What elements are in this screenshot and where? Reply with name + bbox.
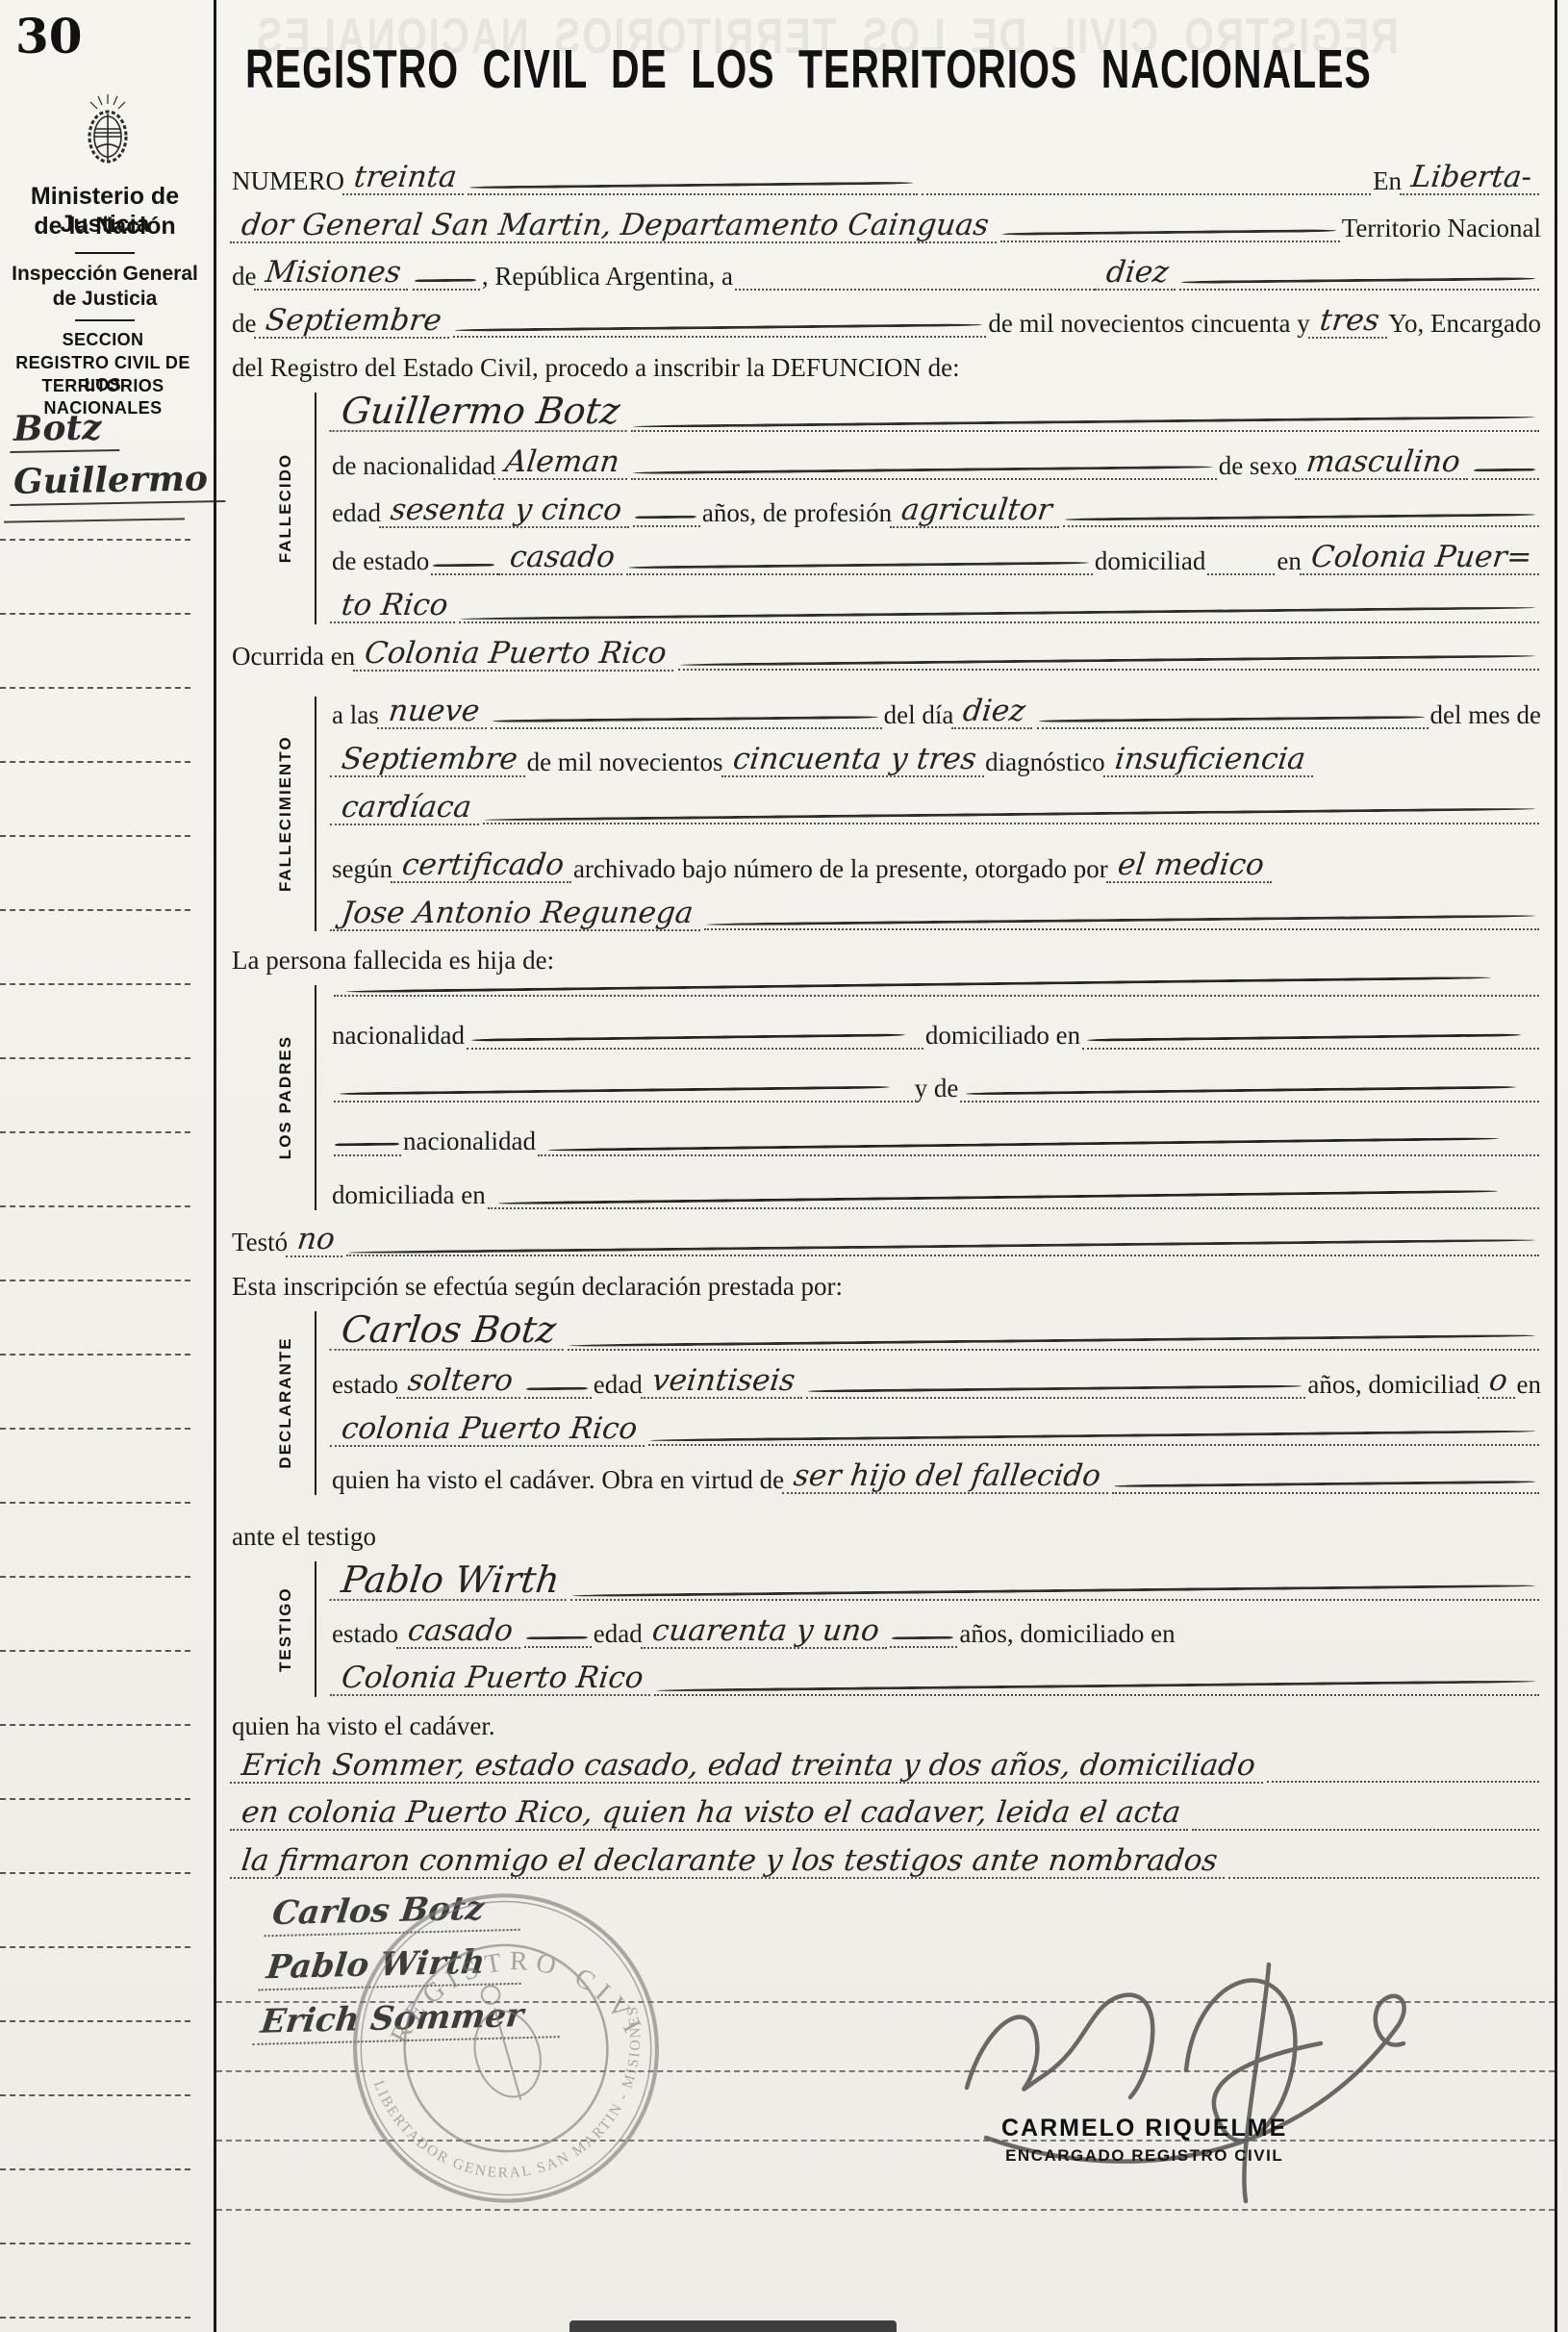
row-edad-profesion: edad sesenta y cinco años, de profesión … [332,495,1541,529]
ruled-fill [483,813,1539,824]
row-ante-testigo: ante el testigo [232,1522,1541,1552]
ruled-fill [1228,1867,1539,1879]
row-departamento: dor General San Martin, Departamento Cai… [232,211,1541,244]
hora-value: nueve [377,697,491,729]
row-padres-blank [332,985,1541,998]
ruled-fill [704,919,1539,930]
ruled-fill-struck [334,1091,913,1103]
index-surname: Botz [10,407,119,453]
cierre-line-2: en colonia Puerto Rico, quien ha visto e… [230,1798,1192,1831]
row-nacionalidad: de nacionalidad Aleman de sexo masculino [332,447,1541,481]
row-domiciliada: domiciliada en [332,1180,1541,1210]
row-cierre-2: en colonia Puerto Rico, quien ha visto e… [232,1798,1541,1832]
ruled-fill [1037,718,1429,729]
ante-testigo-label: ante el testigo [232,1522,376,1552]
visto-cadaver-label: quien ha visto el cadáver. [232,1711,495,1741]
row-testigo-nombre: Pablo Wirth [332,1561,1541,1602]
page-number: 30 [15,8,83,64]
row-testigo-datos: estado casado edad cuarenta y uno años, … [332,1616,1541,1650]
row-ocurrida: Ocurrida en Colonia Puerto Rico [232,639,1541,672]
otorgado-value: el medico [1106,850,1276,883]
ruled-fill [654,1685,1539,1696]
ocurrida-value: Colonia Puerto Rico [353,639,678,672]
section-fallecido: FALLECIDO Guillermo Botz de nacionalidad… [315,393,1541,623]
estado-label: de estado [332,546,429,576]
de-label: de [232,262,256,291]
row-y-de: y de [332,1074,1541,1103]
official-role: ENCARGADO REGISTRO CIVIL [1001,2146,1287,2166]
row-declarante-datos: estado soltero edad veintiseis años, dom… [332,1366,1541,1400]
del-dia-label: del día [884,700,954,730]
row-declarante-nombre: Carlos Botz [332,1311,1541,1352]
ruled-fill [678,659,1539,671]
row-madre-nacionalidad: nacionalidad [332,1127,1541,1156]
row-declarante-domicilio: colonia Puerto Rico [332,1414,1541,1448]
provincia-value: Misiones [254,258,413,291]
testigo-edad-label: edad [594,1619,643,1649]
section-declarante: DECLARANTE Carlos Botz estado soltero ed… [315,1311,1541,1495]
ruled-fill [1192,1819,1539,1831]
testigo-domicilio-value: Colonia Puerto Rico [330,1663,655,1696]
row-obra: quien ha visto el cadáver. Obra en virtu… [332,1461,1541,1495]
domiciliada-label: domiciliada en [332,1180,486,1210]
testigo-domiciliado-label: años, domiciliado en [959,1619,1175,1649]
row-cierre-3: la firmaron conmigo el declarante y los … [232,1846,1541,1880]
scan-smudge [569,2320,897,2332]
obra-label: quien ha visto el cadáver. Obra en virtu… [332,1465,784,1495]
inspection-line-2: de Justicia [0,287,210,311]
ruled-fill [468,184,917,195]
diagnostico-value-1: insuficiencia [1103,745,1317,777]
coat-of-arms-icon [81,92,135,173]
ruled-fill [413,279,480,291]
ocurrida-label: Ocurrida en [232,642,355,672]
mes-value: Septiembre [254,306,453,339]
fallecimiento-vertical-label: FALLECIMIENTO [268,702,303,925]
ruled-fill [631,420,1539,432]
ruled-fill [1472,469,1539,480]
diagnostico-value-2: cardíaca [330,793,483,825]
ruled-fill [1207,564,1275,575]
dia-value: diez [951,697,1037,729]
ruled-fill-struck [1082,1038,1539,1050]
ruled-fill [431,564,498,575]
section-testigo: TESTIGO Pablo Wirth estado casado edad c… [315,1561,1541,1697]
row-medico: Jose Antonio Regunega [332,899,1541,932]
edad-value: sesenta y cinco [379,495,633,528]
declarante-edad-label: edad [594,1370,643,1400]
declarante-o-value: o [1478,1366,1519,1399]
testigo-estado-value: casado [396,1616,524,1649]
mes-value: Septiembre [330,745,529,777]
divider [75,319,135,321]
en-label: En [1373,166,1402,196]
profesion-value: agricultor [890,495,1063,528]
anio-value: cincuenta y tres [721,745,987,777]
ruled-fill [346,1245,1539,1256]
segun-value: certificado [391,850,575,883]
section-line-1: SECCION [0,329,206,351]
index-given-name: Guillermo [10,458,226,506]
fallecido-nombre: Guillermo Botz [329,393,631,432]
encargado-signature-flourish [944,1909,1444,2226]
declarante-vertical-label: DECLARANTE [268,1317,303,1489]
ruled-fill [1179,279,1539,291]
sidebar: 30 Ministerio de Justicia de la Nación I… [0,0,214,2332]
row-fecha: de Septiembre de mil novecientos cincuen… [232,306,1541,340]
row-visto-cadaver: quien ha visto el cadáver. [232,1711,1541,1741]
form-body: REGISTRO CIVIL DE LOS TERRITORIOS NACION… [216,0,1555,2332]
en-label: en [1277,546,1301,576]
edad-label: edad [332,498,381,528]
cierre-line-3: la firmaron conmigo el declarante y los … [230,1846,1228,1879]
medico-value: Jose Antonio Regunega [330,899,704,931]
row-domicilio-cont: to Rico [332,591,1541,624]
ruled-fill [633,516,700,527]
ruled-fill [631,469,1217,480]
ruled-fill-struck [334,985,1539,997]
row-hora-dia: a las nueve del día diez del mes de [332,697,1541,730]
row-padre: nacionalidad domiciliado en [332,1021,1541,1051]
index-underline [4,518,185,522]
domicilio-value-1: Colonia Puer= [1300,543,1543,575]
archivado-label: archivado bajo número de la presente, ot… [573,854,1108,884]
a-las-label: a las [332,700,379,730]
ruled-fill [453,326,986,338]
declarante-nombre: Carlos Botz [329,1311,568,1351]
declaracion-intro-label: Esta inscripción se efectúa según declar… [232,1272,843,1302]
ruled-fill [890,1636,957,1648]
cierre-line-1: Erich Sommer, estado casado, edad treint… [230,1751,1267,1784]
fallecido-vertical-label: FALLECIDO [268,398,303,618]
official-block: CARMELO RIQUELME ENCARGADO REGISTRO CIVI… [1001,2115,1287,2166]
section-fallecimiento: FALLECIMIENTO a las nueve del día diez d… [315,697,1541,931]
territorio-label: Territorio Nacional [1342,214,1541,243]
testo-value: no [286,1225,346,1257]
en-value: Liberta- [1400,163,1543,195]
procedo-label: del Registro del Estado Civil, procedo a… [232,353,960,383]
official-name: CARMELO RIQUELME [1001,2115,1287,2142]
ruled-fill [491,718,882,729]
anio-value: tres [1308,306,1391,339]
del-mes-label: del mes de [1430,700,1541,730]
ruled-fill [524,1636,592,1648]
row-provincia: de Misiones , República Argentina, a die… [232,258,1541,291]
ruled-fill [524,1387,592,1399]
ruled-fill [626,564,1093,575]
row-testigo-domicilio: Colonia Puerto Rico [332,1663,1541,1697]
y-de-label: y de [915,1074,959,1103]
padre-domiciliado-label: domiciliado en [925,1021,1080,1051]
los-padres-vertical-label: LOS PADRES [268,991,303,1204]
declarante-estado-label: estado [332,1370,398,1400]
diagnostico-label: diagnóstico [985,748,1104,777]
ruled-fill [806,1387,1305,1399]
sexo-value: masculino [1295,447,1472,480]
nacionalidad-value: Aleman [493,447,631,480]
ruled-fill [648,1434,1539,1446]
ruled-fill [1063,516,1539,527]
ruled-fill [459,612,1539,623]
ruled-fill-struck [488,1198,1539,1209]
estado-value: casado [498,543,626,575]
ruled-fill [568,1339,1539,1351]
novecientos-label: de mil novecientos [527,748,723,777]
declarante-edad-value: veintiseis [641,1366,806,1399]
row-certificado: según certificado archivado bajo número … [332,850,1541,884]
testigo-nombre: Pablo Wirth [329,1561,570,1601]
ruled-fill [1267,1771,1539,1783]
declarante-domiciliad-label: años, domiciliad [1307,1370,1479,1400]
ruled-fill [922,184,1371,195]
row-nombre-fallecido: Guillermo Botz [332,393,1541,433]
divider [75,252,135,254]
ruled-fill-struck [960,1091,1539,1103]
domicilio-value-2: to Rico [330,591,459,623]
testigo-edad-value: cuarenta y uno [641,1616,891,1649]
ruled-fill [1000,231,1340,242]
padre-nacionalidad-label: nacionalidad [332,1021,465,1051]
row-estado-domicilio: de estado casado domiciliad en Colonia P… [332,543,1541,576]
declarante-en-label: en [1517,1370,1541,1400]
inspection-line-1: Inspección General [0,262,210,286]
row-diagnostico-cont: cardíaca [332,793,1541,826]
numero-label: NUMERO [232,166,344,196]
sexo-label: de sexo [1219,451,1298,481]
form-title: REGISTRO CIVIL DE LOS TERRITORIOS NACION… [245,38,1541,101]
hija-label: La persona fallecida es hija de: [232,946,554,976]
section-los-padres: LOS PADRES nacionalidad domiciliado en y… [315,985,1541,1209]
encargado-label: Yo, Encargado [1388,309,1541,339]
ruled-fill [1112,1483,1539,1494]
obra-value: ser hijo del fallecido [782,1461,1112,1494]
testigo-estado-label: estado [332,1619,398,1649]
ruled-fill-struck [334,1145,401,1156]
signature-area: Carlos Botz Pablo Wirth Erich Sommer [232,1886,1541,2251]
ruled-fill-struck [467,1038,923,1050]
domiciliad-label: domiciliad [1095,546,1205,576]
numero-value: treinta [342,163,468,195]
dia-value: diez [1095,258,1180,291]
row-hija-de: La persona fallecida es hija de: [232,946,1541,976]
row-mes-diagnostico: Septiembre de mil novecientos cincuenta … [332,745,1541,778]
madre-nacionalidad-label: nacionalidad [403,1127,536,1156]
row-declaracion-intro: Esta inscripción se efectúa según declar… [232,1272,1541,1302]
row-procedo: del Registro del Estado Civil, procedo a… [232,353,1541,383]
profesion-label: años, de profesión [702,498,892,528]
de2-label: de [232,309,256,339]
republica-label: , República Argentina, a [482,262,733,291]
departamento-value: dor General San Martin, Departamento Cai… [230,211,1000,243]
testigo-vertical-label: TESTIGO [268,1567,303,1691]
declarante-domicilio-value: colonia Puerto Rico [330,1414,648,1447]
nacionalidad-label: de nacionalidad [332,451,495,481]
segun-label: según [332,854,392,884]
declarante-estado-value: soltero [396,1366,524,1399]
row-numero: NUMERO treinta En Liberta- [232,163,1541,196]
row-cierre-1: Erich Sommer, estado casado, edad treint… [232,1751,1541,1785]
testo-label: Testó [232,1228,288,1257]
novecientos-label: de mil novecientos cincuenta y [988,309,1309,339]
row-testo: Testó no [232,1225,1541,1258]
ruled-fill [735,279,1095,291]
ministry-line-2: de la Nación [0,213,210,241]
death-certificate-page: 30 Ministerio de Justicia de la Nación I… [0,0,1568,2332]
ruled-fill-struck [538,1145,1539,1156]
right-column-rule [1555,0,1557,2332]
ruled-fill [570,1589,1539,1601]
